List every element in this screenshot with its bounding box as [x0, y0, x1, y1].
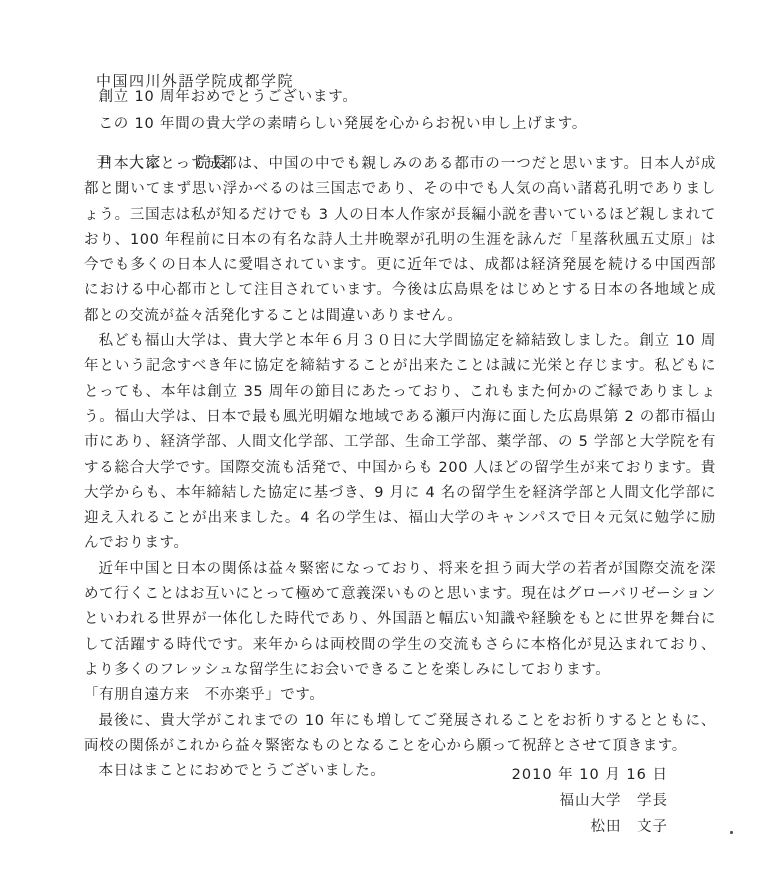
body-paragraph-1: 日本人にとって成都は、中国の中でも親しみのある都市の一つだと思います。日本人が成…: [84, 152, 716, 329]
letter-body: 日本人にとって成都は、中国の中でも親しみのある都市の一つだと思います。日本人が成…: [84, 152, 716, 784]
body-quote-line: 「有朋自遠方来 不亦楽乎」です。: [84, 683, 716, 708]
signature-name: 松田 文子: [512, 814, 668, 840]
signature-date: 2010 年 10 月 16 日: [512, 762, 668, 788]
greeting-line-2: この 10 年間の貴大学の素晴らしい発展を心からお祝い申し上げます。: [84, 111, 720, 138]
letter-page: 中国四川外語学院成都学院 尹 大家 院長 創立 10 周年おめでとうございます。…: [0, 0, 780, 871]
signature-affiliation: 福山大学 学長: [512, 788, 668, 814]
signature-block: 2010 年 10 月 16 日 福山大学 学長 松田 文子: [512, 762, 668, 840]
body-paragraph-4: 最後に、貴大学がこれまでの 10 年にも増してご発展されることをお祈りするととも…: [84, 709, 716, 760]
scan-artifact-dot: [730, 831, 733, 834]
greeting-block: 創立 10 周年おめでとうございます。 この 10 年間の貴大学の素晴らしい発展…: [84, 84, 720, 138]
body-paragraph-3: 近年中国と日本の関係は益々緊密になっており、将来を担う両大学の若者が国際交流を深…: [84, 557, 716, 683]
greeting-line-1: 創立 10 周年おめでとうございます。: [84, 84, 720, 111]
body-paragraph-2: 私ども福山大学は、貴大学と本年６月３０日に大学間協定を締結致しました。創立 10…: [84, 329, 716, 557]
